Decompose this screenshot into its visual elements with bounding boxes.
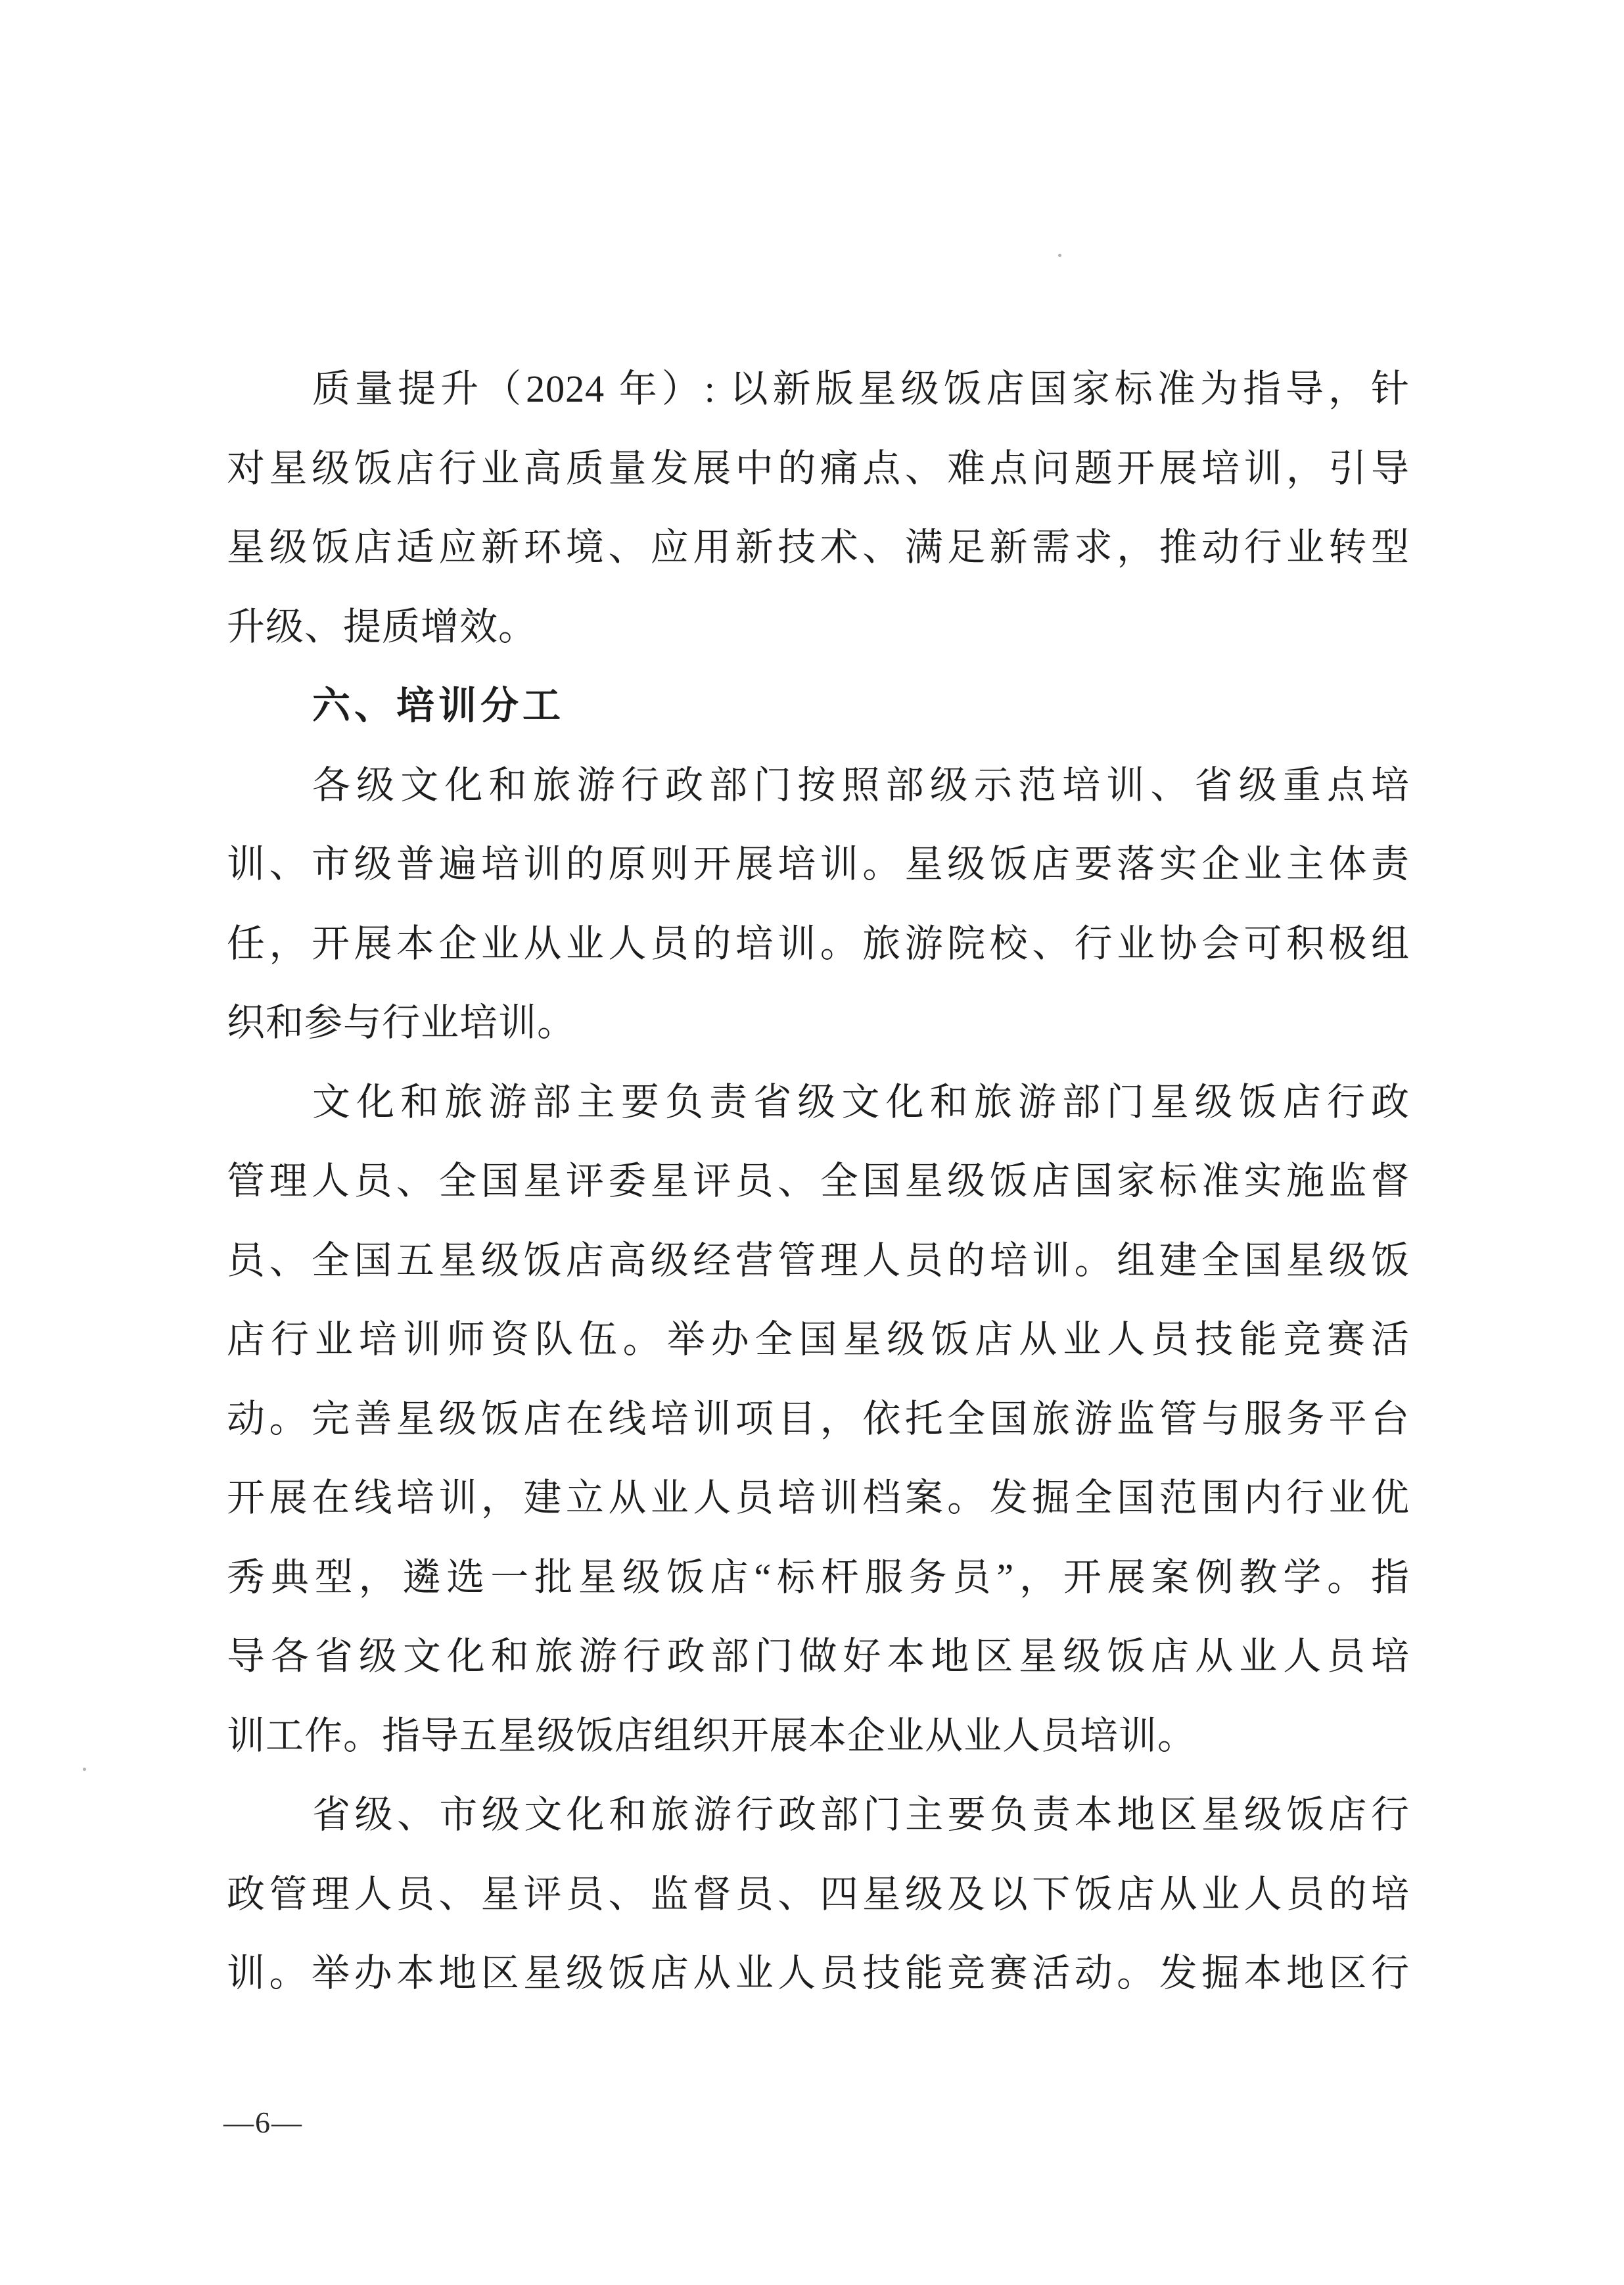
text-line: 文化和旅游部主要负责省级文化和旅游部门星级饭店行政 (227, 1063, 1410, 1142)
text-line: 员、全国五星级饭店高级经营管理人员的培训。组建全国星级饭 (227, 1221, 1410, 1301)
text-line: 动。完善星级饭店在线培训项目，依托全国旅游监管与服务平台 (227, 1380, 1410, 1459)
text-line: 训工作。指导五星级饭店组织开展本企业从业人员培训。 (227, 1697, 1410, 1776)
text-line: 任，开展本企业从业人员的培训。旅游院校、行业协会可积极组 (227, 905, 1410, 984)
text-line: 政管理人员、星评员、监督员、四星级及以下饭店从业人员的培 (227, 1855, 1410, 1935)
text-line: 各级文化和旅游行政部门按照部级示范培训、省级重点培 (227, 746, 1410, 826)
text-line: 织和参与行业培训。 (227, 983, 1410, 1063)
text-line: 训。举办本地区星级饭店从业人员技能竞赛活动。发掘本地区行 (227, 1934, 1410, 2014)
text-line: 星级饭店适应新环境、应用新技术、满足新需求，推动行业转型 (227, 508, 1410, 588)
text-line: 导各省级文化和旅游行政部门做好本地区星级饭店从业人员培 (227, 1617, 1410, 1697)
body-text: 质量提升（2024 年）: 以新版星级饭店国家标准为指导，针 对星级饭店行业高质… (227, 350, 1410, 2014)
text-line: 开展在线培训，建立从业人员培训档案。发掘全国范围内行业优 (227, 1459, 1410, 1538)
text-line: 店行业培训师资队伍。举办全国星级饭店从业人员技能竞赛活 (227, 1300, 1410, 1380)
page-number: —6— (223, 2104, 303, 2142)
text-line: 管理人员、全国星评委星评员、全国星级饭店国家标准实施监督 (227, 1142, 1410, 1221)
text-line: 升级、提质增效。 (227, 588, 1410, 667)
text-line: 秀典型，遴选一批星级饭店“标杆服务员”，开展案例教学。指 (227, 1538, 1410, 1618)
section-heading: 六、培训分工 (227, 667, 1410, 746)
document-page: 质量提升（2024 年）: 以新版星级饭店国家标准为指导，针 对星级饭店行业高质… (0, 0, 1624, 2285)
text-line: 训、市级普遍培训的原则开展培训。星级饭店要落实企业主体责 (227, 825, 1410, 905)
scan-speck (83, 1768, 86, 1771)
scan-speck (1058, 254, 1061, 257)
text-line: 对星级饭店行业高质量发展中的痛点、难点问题开展培训，引导 (227, 429, 1410, 509)
text-line: 省级、市级文化和旅游行政部门主要负责本地区星级饭店行 (227, 1776, 1410, 1855)
text-line: 质量提升（2024 年）: 以新版星级饭店国家标准为指导，针 (227, 350, 1410, 429)
